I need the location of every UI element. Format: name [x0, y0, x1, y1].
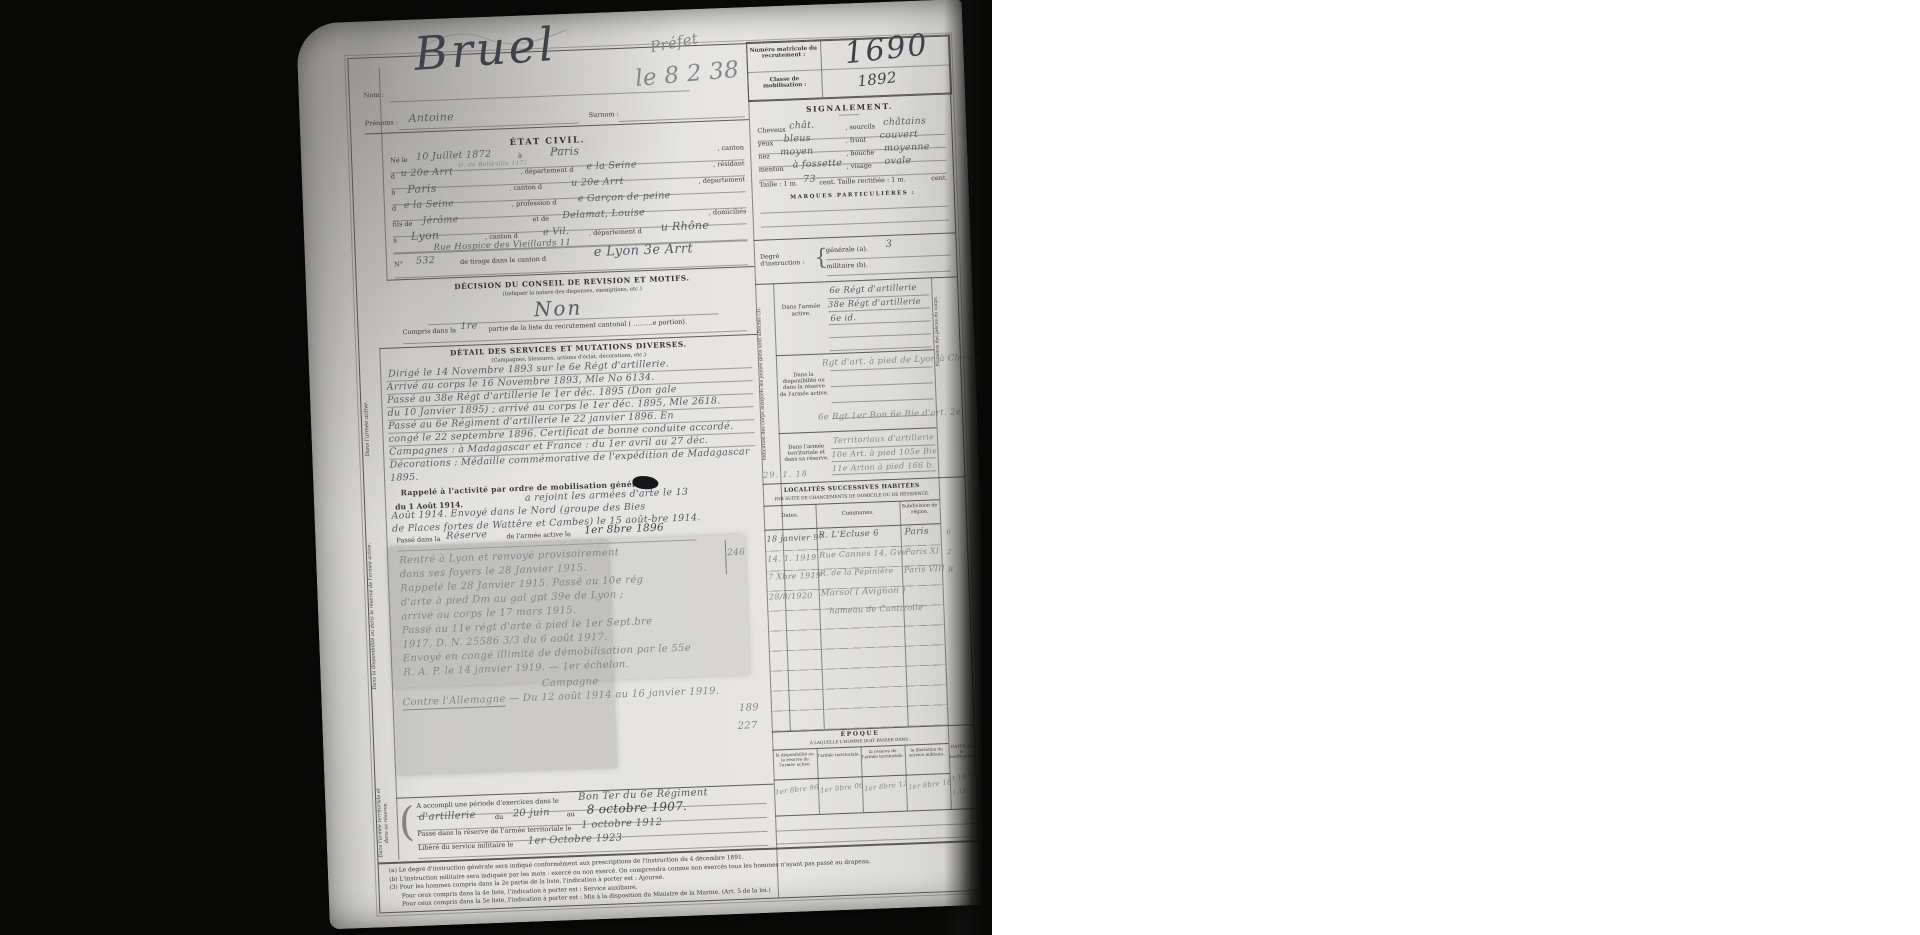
- signalement-bottom-rule: [753, 232, 955, 241]
- territoriale-value: 1 octobre 1912: [581, 817, 662, 831]
- sourcils-value: châtains: [883, 116, 926, 128]
- cheveux-label: Cheveux: [757, 126, 786, 135]
- l3-residence: Paris: [407, 183, 437, 196]
- compris-pre: Compris dans la: [402, 326, 456, 336]
- l4-departement: e la Seine: [404, 199, 455, 211]
- nez-label: nez: [758, 152, 770, 160]
- reserve-value1: Réserve: [446, 530, 487, 542]
- taille-rectifiee-label: cent. Taille rectifiée : 1 m.: [819, 176, 906, 187]
- sig-empty-1: [760, 205, 948, 214]
- loc-row2-date: 14. 1. 1919: [767, 554, 816, 565]
- l2-tail: , résidant: [713, 160, 745, 169]
- corps-margin-date: 29. 1. 18: [763, 470, 808, 480]
- classe-label: Classe de mobilisation :: [749, 75, 819, 90]
- surnom-line: [617, 72, 745, 122]
- sourcils-label: , sourcils: [845, 123, 875, 132]
- nez-value: moyen: [780, 147, 814, 159]
- classe-value: 1892: [857, 69, 898, 90]
- bouche-label: , bouche: [846, 149, 874, 158]
- l8-mid: de tirage dans le canton d: [460, 256, 546, 267]
- menton-label: menton: [759, 165, 784, 174]
- instruction-generale-label: générale (a).: [826, 245, 868, 255]
- l4-mid: , profession d: [512, 199, 557, 208]
- l2-pre: d: [391, 172, 395, 180]
- record-sheet-page: Bruel Préfet le 8 2 38 Nom : Prénoms : A…: [296, 0, 992, 929]
- yeux-value: bleus: [783, 134, 811, 145]
- margin-number-246: 246: [727, 549, 745, 560]
- compris-value: 1re: [460, 321, 477, 332]
- l1-birthplace: Paris: [550, 145, 580, 158]
- l1-pre: Né le: [390, 156, 408, 165]
- l3-pre: à: [391, 188, 395, 196]
- loc-row4-date: 28/8/1920: [769, 592, 813, 602]
- epoque-value-2: 1er 8bre 06: [820, 782, 864, 795]
- reserve-mid: de l'armée active le: [506, 531, 571, 541]
- l5-tail: , domiciliés: [709, 208, 747, 217]
- localites-col-dates: Dates.: [764, 512, 816, 520]
- visage-value: ovale: [884, 156, 911, 167]
- libere-value: 1er Octobre 1923: [528, 832, 623, 847]
- margin-label-territoriale: Dans l'armée territoriale et dans sa rés…: [376, 786, 397, 859]
- loc-row1-subdivision: Paris: [904, 528, 929, 539]
- reserve-pre: Passé dans la: [396, 535, 440, 545]
- campagne-title: Campagne: [542, 676, 599, 689]
- l8-pre: N°: [394, 260, 403, 268]
- l5-father: Jérôme: [422, 215, 458, 227]
- corps-rule-a5: [829, 333, 931, 351]
- l5-mid: et de: [532, 216, 549, 224]
- l2-pencil-note: (r. de Belleville 117): [458, 160, 526, 169]
- corps-row-terr-label: Dans l'armée territoriale et dans sa rés…: [781, 443, 832, 463]
- taille-label: Taille : 1 m.: [759, 179, 798, 188]
- epoque-col3-header: la réserve de l'armée territoriale.: [862, 749, 904, 760]
- accompli-mid1: du: [495, 814, 504, 822]
- loc-row2-subdivision: Paris XI: [905, 547, 939, 557]
- l4-pre: d: [392, 204, 396, 212]
- instruction-label: Degré d'instruction :: [760, 252, 814, 268]
- l5-pre: fils de: [392, 220, 412, 229]
- bouche-value: moyenne: [884, 142, 930, 154]
- corps-row-dispo-label: Dans la disponibilité ou dans la réserve…: [778, 371, 829, 398]
- signalement-flourish: [838, 102, 858, 116]
- l2-departement: e la Seine: [586, 160, 637, 172]
- corps-rule-d1: [830, 353, 932, 371]
- book-binding-edge: [944, 0, 992, 935]
- margin-label-armee-active: Dans l'armée active.: [362, 368, 382, 489]
- corps-row-active-label: Dans l'armée active.: [776, 303, 826, 318]
- taille-value: 73: [803, 175, 816, 186]
- accompli-value2: d'artillerie: [419, 810, 476, 823]
- l3-mid: , canton d: [509, 184, 542, 193]
- etat-civil-left-border: [379, 68, 388, 280]
- scanner-black-background: Bruel Préfet le 8 2 38 Nom : Prénoms : A…: [0, 0, 992, 935]
- corps-rule-t3: [832, 457, 936, 475]
- yeux-label: yeux: [758, 139, 774, 148]
- loc-row3-subdivision: Paris VIII: [904, 565, 945, 575]
- instruction-generale: générale (a). 3: [826, 243, 950, 261]
- epoque-value-3: 1er 8bre 12: [864, 781, 908, 794]
- epoque-value-1: 1er 8bre 96: [775, 784, 819, 797]
- localites-col-subdivision: Subdivision de région.: [899, 503, 939, 516]
- l8-tirage-number: 532: [416, 256, 435, 267]
- l3-tail: , département: [698, 176, 745, 185]
- visage-label: , visage: [847, 162, 872, 170]
- cheveux-value: chât.: [789, 121, 815, 132]
- accompli-mid2: au: [567, 811, 575, 819]
- accompli-value4: 8 octobre 1907.: [586, 800, 687, 817]
- surnom-label: Surnom :: [589, 111, 620, 120]
- marques-label: MARQUES PARTICULIÈRES :: [752, 188, 954, 202]
- services-block1-line9: 1895.: [390, 473, 419, 485]
- reserve-value2: 1er 8bre 1896: [584, 523, 664, 538]
- instruction-militaire-label: militaire (b).: [826, 261, 868, 271]
- l2-mid: , département d: [521, 167, 574, 176]
- epoque-col1-header: la disponibilité ou la réserve de l'armé…: [774, 752, 817, 768]
- front-label: , front: [846, 137, 867, 145]
- matricule-label: Numéro matricule du recrutement :: [748, 45, 818, 60]
- l1-tail: , canton: [717, 144, 744, 152]
- corps-rule-d2: [830, 369, 932, 387]
- l8-tirage-canton: e Lyon 3e Arrt: [594, 242, 694, 260]
- l4-profession: e Garçon de peine: [578, 191, 671, 205]
- l3-canton: u 20e Arrt: [571, 177, 624, 189]
- instruction-militaire: militaire (b).: [826, 259, 950, 277]
- corps-rule-d3: [831, 385, 933, 403]
- accompli-value3: 20 juin: [513, 807, 551, 819]
- sig-empty-2: [761, 219, 949, 228]
- margin-number-227: 227: [737, 720, 757, 732]
- matricule-form: Bruel Préfet le 8 2 38 Nom : Prénoms : A…: [347, 36, 981, 914]
- localites-col-communes: Communes.: [816, 509, 900, 518]
- menton-value: à fossette: [792, 159, 842, 171]
- margin-number-189: 189: [739, 702, 759, 714]
- bottom-brace: (: [398, 799, 415, 846]
- l5-mother: Delamat, Louise: [562, 208, 645, 222]
- prenoms-line: [397, 78, 579, 130]
- instruction-generale-value: 3: [885, 239, 892, 250]
- epoque-col4-header: la libération du service militaire.: [906, 747, 948, 758]
- l2-canton: u 20e Arrt: [401, 167, 454, 179]
- epoque-col2-header: l'armée territoriale.: [818, 752, 860, 758]
- front-value: couvert: [879, 130, 918, 142]
